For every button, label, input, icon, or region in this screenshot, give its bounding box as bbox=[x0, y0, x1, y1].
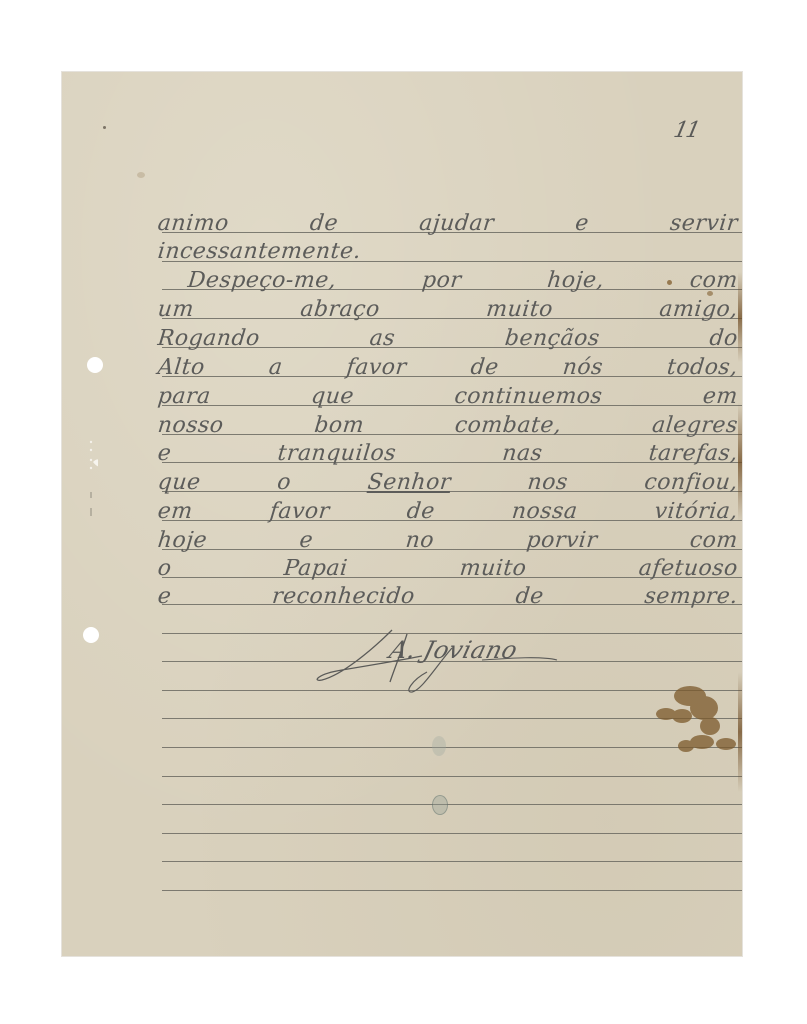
word: muito bbox=[485, 297, 554, 322]
handwritten-line-9: e tranquilos nas tarefas, bbox=[157, 438, 740, 466]
word: reconhecido bbox=[271, 584, 416, 609]
ruled-line bbox=[162, 804, 742, 805]
edge-stain bbox=[738, 272, 742, 362]
word: de bbox=[309, 211, 340, 236]
word: as bbox=[368, 326, 396, 351]
word: a bbox=[268, 355, 284, 380]
ruled-line bbox=[162, 861, 742, 862]
word: nós bbox=[561, 355, 604, 380]
word: vitória, bbox=[653, 499, 739, 524]
word: continuemos bbox=[453, 384, 604, 409]
word: hoje bbox=[157, 528, 209, 553]
word: no bbox=[404, 528, 435, 553]
punch-hole-top bbox=[87, 357, 103, 373]
word: confiou, bbox=[643, 470, 739, 495]
word: Despeço-me, bbox=[187, 268, 338, 293]
ruled-line bbox=[162, 776, 742, 777]
margin-tear-marks bbox=[88, 436, 98, 526]
word: favor bbox=[268, 499, 331, 524]
word: animo bbox=[157, 211, 231, 236]
word: servir bbox=[669, 211, 739, 236]
handwritten-line-12: hoje e no porvir com bbox=[157, 525, 740, 553]
word: que bbox=[310, 384, 355, 409]
word: para bbox=[157, 384, 212, 409]
handwritten-line-4: um abraço muito amigo, bbox=[157, 294, 740, 322]
handwritten-line-2: incessantemente. bbox=[157, 236, 740, 264]
signature: A. Joviano bbox=[312, 620, 562, 700]
word: por bbox=[421, 268, 463, 293]
word: de bbox=[514, 584, 545, 609]
handwritten-line-5: Rogando as bençãos do bbox=[157, 323, 740, 351]
foxing-spot bbox=[137, 172, 145, 178]
handwritten-line-10: que o Senhor nos confiou, bbox=[157, 467, 740, 495]
word: hoje, bbox=[546, 268, 605, 293]
word: nas bbox=[501, 441, 544, 466]
word: em bbox=[157, 499, 195, 524]
handwritten-line-6: Alto a favor de nós todos, bbox=[157, 352, 740, 380]
handwritten-line-1: animo de ajudar e servir bbox=[157, 208, 740, 236]
word: de bbox=[469, 355, 500, 380]
word: e bbox=[157, 584, 173, 609]
word: favor bbox=[345, 355, 408, 380]
word: Senhor bbox=[366, 470, 452, 495]
word: com bbox=[689, 268, 740, 293]
word: afetuoso bbox=[637, 556, 739, 581]
word: que bbox=[157, 470, 202, 495]
word: nosso bbox=[157, 413, 225, 438]
word: Alto bbox=[157, 355, 207, 380]
word: o bbox=[157, 556, 173, 581]
handwritten-line-11: em favor de nossa vitória, bbox=[157, 496, 740, 524]
word: sempre. bbox=[643, 584, 739, 609]
word: em bbox=[702, 384, 740, 409]
word: tranquilos bbox=[276, 441, 397, 466]
word: alegres bbox=[651, 413, 739, 438]
word: todos, bbox=[666, 355, 739, 380]
word: com bbox=[689, 528, 740, 553]
word: Rogando bbox=[157, 326, 262, 351]
word: do bbox=[708, 326, 739, 351]
ink-spot bbox=[667, 280, 672, 285]
word: muito bbox=[459, 556, 528, 581]
ruled-line bbox=[162, 890, 742, 891]
handwritten-line-3: Despeço-me, por hoje, com bbox=[157, 265, 740, 293]
word: e bbox=[157, 441, 173, 466]
word: de bbox=[405, 499, 436, 524]
word: tarefas, bbox=[647, 441, 739, 466]
word: um bbox=[157, 297, 196, 322]
word: nos bbox=[526, 470, 569, 495]
edge-stain bbox=[738, 402, 742, 522]
water-drop bbox=[432, 795, 448, 815]
handwritten-line-14: e reconhecido de sempre. bbox=[157, 581, 740, 609]
handwritten-line-7: para que continuemos em bbox=[157, 381, 740, 409]
edge-stain bbox=[738, 672, 742, 792]
word: bençãos bbox=[504, 326, 601, 351]
word: Papai bbox=[283, 556, 349, 581]
foxing-spot bbox=[103, 126, 106, 129]
word: ajudar bbox=[418, 211, 495, 236]
letter-page: 11 animo de ajudar e servir ince bbox=[62, 72, 742, 956]
water-drop bbox=[432, 736, 446, 756]
signature-text: A. Joviano bbox=[387, 636, 521, 664]
ink-spot bbox=[707, 291, 713, 296]
word: nossa bbox=[511, 499, 579, 524]
page-number: 11 bbox=[671, 118, 700, 143]
ruled-line bbox=[162, 833, 742, 834]
handwritten-line-13: o Papai muito afetuoso bbox=[157, 553, 740, 581]
word: incessantemente. bbox=[157, 239, 363, 264]
word: e bbox=[298, 528, 314, 553]
word: amigo, bbox=[658, 297, 739, 322]
punch-hole-bottom bbox=[83, 627, 99, 643]
word: combate, bbox=[454, 413, 563, 438]
word: abraço bbox=[299, 297, 381, 322]
word: o bbox=[276, 470, 292, 495]
word: bom bbox=[313, 413, 365, 438]
handwritten-line-8: nosso bom combate, alegres bbox=[157, 410, 740, 438]
word: porvir bbox=[525, 528, 598, 553]
water-stain-icon bbox=[652, 684, 742, 764]
word: e bbox=[574, 211, 590, 236]
